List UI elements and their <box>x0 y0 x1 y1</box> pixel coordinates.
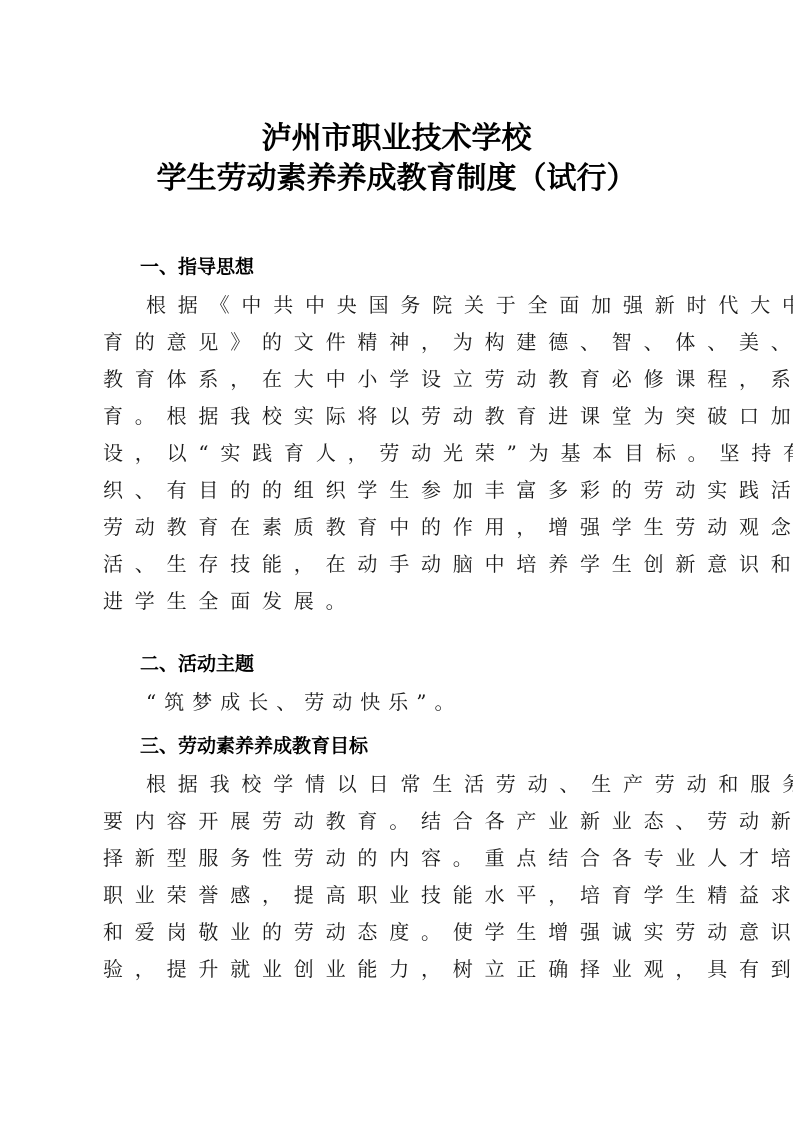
paragraph-line: 和爱岗敬业的劳动态度。使学生增强诚实劳动意识，积累职业经 <box>103 918 693 946</box>
paragraph-line: 要内容开展劳动教育。结合各产业新业态、劳动新形态，注重选 <box>103 807 693 835</box>
paragraph-line: 验，提升就业创业能力，树立正确择业观，具有到艰苦地区和行 <box>103 955 693 983</box>
document-page: 泸州市职业技术学校 学生劳动素养养成教育制度（试行） 一、指导思想 根据《中共中… <box>0 0 793 1122</box>
paragraph-line: 育的意见》的文件精神，为构建德、智、体、美、劳全面培养的 <box>103 328 693 356</box>
paragraph-line: 根据《中共中央国务院关于全面加强新时代大中小学劳动教 <box>146 291 694 319</box>
paragraph-line: 择新型服务性劳动的内容。重点结合各专业人才培养，增强学生 <box>103 844 693 872</box>
document-title-line-2: 学生劳动素养养成教育制度（试行） <box>0 161 793 197</box>
paragraph-line: 根据我校学情以日常生活劳动、生产劳动和服务性劳动为主 <box>146 770 694 798</box>
section-heading-education-goals: 三、劳动素养养成教育目标 <box>140 733 368 759</box>
paragraph-line: 教育体系，在大中小学设立劳动教育必修课程，系统加强劳动教 <box>103 365 693 393</box>
paragraph-line: 进学生全面发展。 <box>103 587 693 615</box>
paragraph-line: 职业荣誉感，提高职业技能水平，培育学生精益求精的工匠精神 <box>103 881 693 909</box>
section-heading-guiding-thought: 一、指导思想 <box>140 254 254 280</box>
paragraph-line: 劳动教育在素质教育中的作用，增强学生劳动观念，培养学生生 <box>103 513 693 541</box>
document-title-line-1: 泸州市职业技术学校 <box>0 121 793 157</box>
paragraph-line: 设，以“实践育人，劳动光荣”为基本目标。坚持有计划、有组 <box>103 439 693 467</box>
paragraph-line: 织、有目的的组织学生参加丰富多彩的劳动实践活动，积极探索 <box>103 476 693 504</box>
paragraph-line: 活、生存技能，在动手动脑中培养学生创新意识和实践能力，促 <box>103 550 693 578</box>
activity-theme-text: “筑梦成长、劳动快乐”。 <box>146 688 736 716</box>
section-heading-activity-theme: 二、活动主题 <box>140 651 254 677</box>
paragraph-line: 育。根据我校实际将以劳动教育进课堂为突破口加强劳动课程建 <box>103 402 693 430</box>
